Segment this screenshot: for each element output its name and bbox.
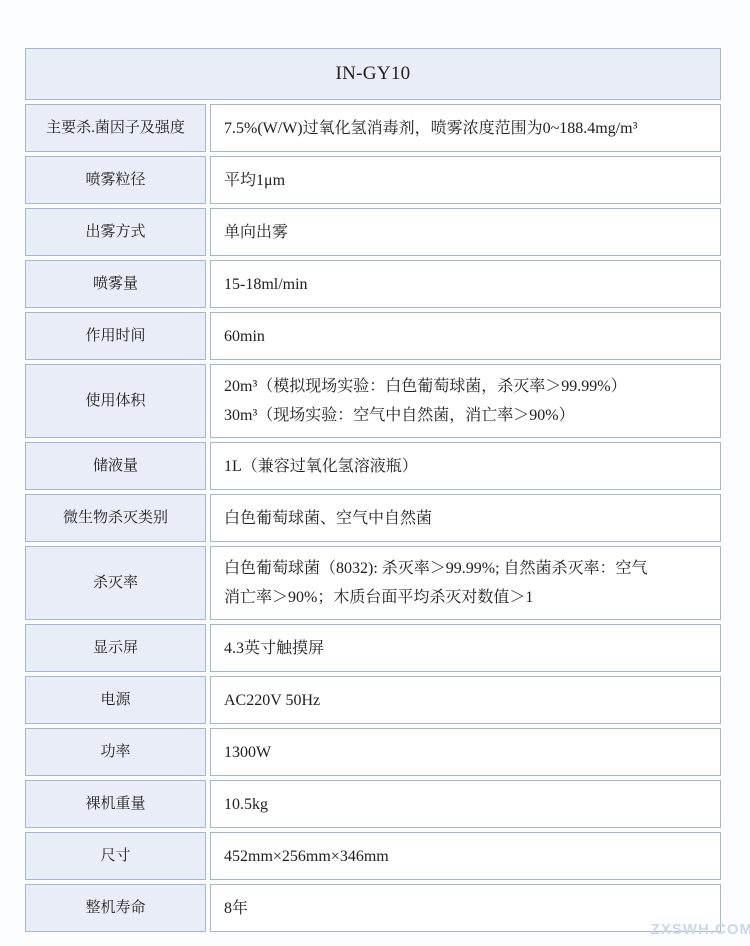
table-row: 使用体积 20m³（模拟现场实验：白色葡萄球菌，杀灭率＞99.99%） 30m³…: [25, 364, 721, 438]
spec-value: 452mm×256mm×346mm: [210, 832, 721, 880]
spec-label: 显示屏: [25, 624, 206, 672]
spec-label: 使用体积: [25, 364, 206, 438]
spec-label: 出雾方式: [25, 208, 206, 256]
spec-value: 20m³（模拟现场实验：白色葡萄球菌，杀灭率＞99.99%） 30m³（现场实验…: [210, 364, 721, 438]
table-title: IN-GY10: [25, 48, 721, 100]
table-row: 尺寸 452mm×256mm×346mm: [25, 832, 721, 880]
spec-value: 单向出雾: [210, 208, 721, 256]
table-row: 出雾方式 单向出雾: [25, 208, 721, 256]
table-row: 裸机重量 10.5kg: [25, 780, 721, 828]
spec-value: 60min: [210, 312, 721, 360]
watermark: ZXSWH.COM: [651, 921, 750, 938]
spec-value: 15-18ml/min: [210, 260, 721, 308]
spec-label: 微生物杀灭类别: [25, 494, 206, 542]
spec-label: 裸机重量: [25, 780, 206, 828]
spec-label: 整机寿命: [25, 884, 206, 932]
spec-label: 尺寸: [25, 832, 206, 880]
spec-label: 功率: [25, 728, 206, 776]
table-row: 电源 AC220V 50Hz: [25, 676, 721, 724]
spec-value: AC220V 50Hz: [210, 676, 721, 724]
spec-value: 4.3英寸触摸屏: [210, 624, 721, 672]
spec-value: 白色葡萄球菌、空气中自然菌: [210, 494, 721, 542]
spec-label: 杀灭率: [25, 546, 206, 620]
table-row: 微生物杀灭类别 白色葡萄球菌、空气中自然菌: [25, 494, 721, 542]
spec-table: IN-GY10 主要杀.菌因子及强度 7.5%(W/W)过氧化氢消毒剂，喷雾浓度…: [25, 48, 721, 932]
table-row: 喷雾量 15-18ml/min: [25, 260, 721, 308]
table-row: 显示屏 4.3英寸触摸屏: [25, 624, 721, 672]
spec-label: 储液量: [25, 442, 206, 490]
spec-label: 作用时间: [25, 312, 206, 360]
spec-value: 1L（兼容过氧化氢溶液瓶）: [210, 442, 721, 490]
table-row: 功率 1300W: [25, 728, 721, 776]
table-row: 储液量 1L（兼容过氧化氢溶液瓶）: [25, 442, 721, 490]
table-row: 杀灭率 白色葡萄球菌（8032): 杀灭率＞99.99%; 自然菌杀灭率：空气 …: [25, 546, 721, 620]
spec-label: 电源: [25, 676, 206, 724]
table-row: 作用时间 60min: [25, 312, 721, 360]
spec-value: 1300W: [210, 728, 721, 776]
spec-label: 喷雾粒径: [25, 156, 206, 204]
spec-label: 喷雾量: [25, 260, 206, 308]
spec-value: 白色葡萄球菌（8032): 杀灭率＞99.99%; 自然菌杀灭率：空气 消亡率＞…: [210, 546, 721, 620]
spec-value: 平均1μm: [210, 156, 721, 204]
spec-label: 主要杀.菌因子及强度: [25, 104, 206, 152]
table-row: 整机寿命 8年: [25, 884, 721, 932]
spec-value: 7.5%(W/W)过氧化氢消毒剂，喷雾浓度范围为0~188.4mg/m³: [210, 104, 721, 152]
spec-value: 10.5kg: [210, 780, 721, 828]
table-row: 喷雾粒径 平均1μm: [25, 156, 721, 204]
table-row: 主要杀.菌因子及强度 7.5%(W/W)过氧化氢消毒剂，喷雾浓度范围为0~188…: [25, 104, 721, 152]
spec-value: 8年: [210, 884, 721, 932]
